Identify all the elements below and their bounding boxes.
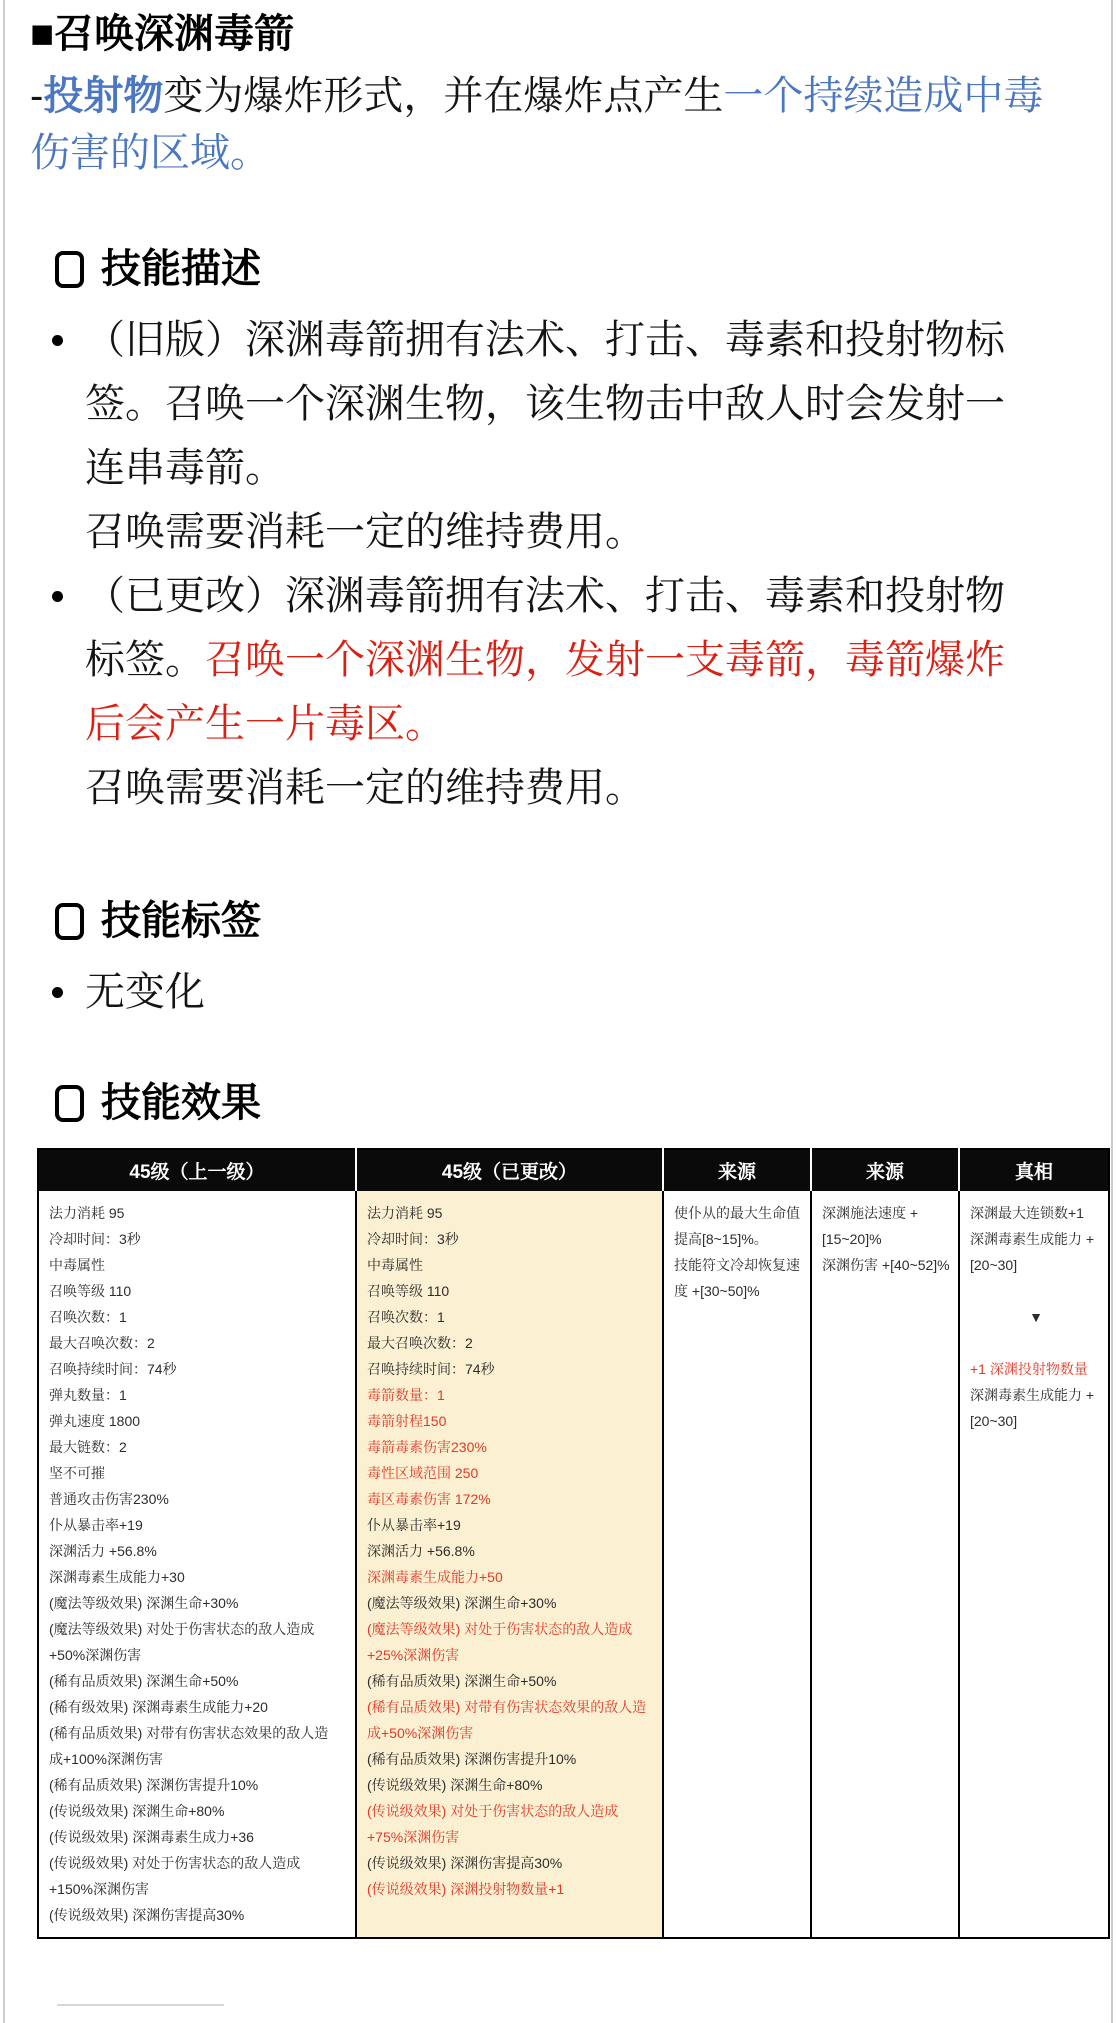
table-line: 深渊活力 +56.8% [49,1538,349,1564]
square-bullet-icon [55,1085,84,1122]
square-bullet-icon [55,903,84,940]
cell-source-1: 使仆从的最大生命值提高[8~15]%。技能符文冷却恢复速度 +[30~50]% [663,1191,811,1938]
table-line: (稀有品质效果) 深渊伤害提升10% [367,1746,656,1772]
bullet-changed-version-text: （已更改）深渊毒箭拥有法术、打击、毒素和投射物标签。召唤一个深渊生物，发射一支毒… [85,564,1017,756]
table-line: (传说级效果) 深渊毒素生成力+36 [49,1824,349,1850]
header-truth: 真相 [959,1149,1109,1191]
bullet-dot-icon [52,335,63,346]
table-line: (稀有品质效果) 对带有伤害状态效果的敌人造 [367,1694,656,1720]
table-line: 冷却时间：3秒 [367,1226,656,1252]
table-line: 召唤持续时间：74秒 [367,1356,656,1382]
table-line: 法力消耗 95 [367,1200,656,1226]
skill-tags-heading: 技能标签 [55,896,1116,946]
table-line: 中毒属性 [367,1252,656,1278]
table-line: 弹丸速度 1800 [49,1408,349,1434]
table-line: (魔法等级效果) 深渊生命+30% [49,1590,349,1616]
table-line: 召唤次数：1 [49,1304,349,1330]
table-line: (传说级效果) 深渊伤害提高30% [367,1850,656,1876]
skill-description-heading-label: 技能描述 [101,244,261,294]
text-segment: 投射物 [43,74,163,118]
effects-table: 45级（上一级） 45级（已更改） 来源 来源 真相 法力消耗 95冷却时间：3… [37,1148,1110,1939]
table-line: +50%深渊伤害 [49,1642,349,1668]
table-line: 深渊活力 +56.8% [367,1538,656,1564]
bottom-divider [57,2004,224,2006]
table-line: +150%深渊伤害 [49,1876,349,1902]
intro-summary: -投射物变为爆炸形式，并在爆炸点产生一个持续造成中毒伤害的区域。 [30,68,1074,182]
table-line: 召唤等级 110 [49,1278,349,1304]
table-line: +1 深渊投射物数量 [970,1356,1102,1382]
table-line: 最大召唤次数：2 [49,1330,349,1356]
table-line: 最大召唤次数：2 [367,1330,656,1356]
table-line: 中毒属性 [49,1252,349,1278]
table-line: 冷却时间：3秒 [49,1226,349,1252]
bullet-dot-icon [52,591,63,602]
header-source-2: 来源 [811,1149,959,1191]
text-segment: 变为爆炸形式，并在爆炸点产生 [163,74,723,118]
table-line: 成+100%深渊伤害 [49,1746,349,1772]
square-bullet-icon [55,251,84,288]
section-skill-effects: 技能效果 45级（上一级） 45级（已更改） 来源 来源 真相 法力消耗 95冷… [0,1078,1116,1939]
cell-prev-level: 法力消耗 95冷却时间：3秒中毒属性召唤等级 110召唤次数：1最大召唤次数：2… [38,1191,356,1938]
table-line: +25%深渊伤害 [367,1642,656,1668]
header-source-1: 来源 [663,1149,811,1191]
bullet-old-version: （旧版）深渊毒箭拥有法术、打击、毒素和投射物标签。召唤一个深渊生物，该生物击中敌… [85,308,1086,564]
table-line [970,1278,1102,1304]
table-line: (稀有品质效果) 对带有伤害状态效果的敌人造 [49,1720,349,1746]
skill-description-list: （旧版）深渊毒箭拥有法术、打击、毒素和投射物标签。召唤一个深渊生物，该生物击中敌… [0,308,1116,820]
table-line: (传说级效果) 对处于伤害状态的敌人造成 [49,1850,349,1876]
table-line: [20~30] [970,1252,1102,1278]
table-line: 深渊施法速度 + [822,1200,952,1226]
table-line: [20~30] [970,1408,1102,1434]
table-line: (传说级效果) 深渊投射物数量+1 [367,1876,656,1902]
table-line: [15~20]% [822,1226,952,1252]
text-segment: （旧版）深渊毒箭拥有法术、打击、毒素和投射物标签。召唤一个深渊生物，该生物击中敌… [85,318,1005,490]
table-line: 普通攻击伤害230% [49,1486,349,1512]
table-line: (魔法等级效果) 深渊生命+30% [367,1590,656,1616]
bullet-no-change-text: 无变化 [85,960,1017,1024]
table-line: 毒区毒素伤害 172% [367,1486,656,1512]
table-line: (稀有品质效果) 深渊生命+50% [49,1668,349,1694]
table-line: 召唤次数：1 [367,1304,656,1330]
effects-table-body-row: 法力消耗 95冷却时间：3秒中毒属性召唤等级 110召唤次数：1最大召唤次数：2… [38,1191,1109,1938]
table-line: 召唤持续时间：74秒 [49,1356,349,1382]
table-line: +75%深渊伤害 [367,1824,656,1850]
table-line: 法力消耗 95 [49,1200,349,1226]
table-line [970,1330,1102,1356]
table-line: (传说级效果) 深渊生命+80% [49,1798,349,1824]
skill-effects-heading: 技能效果 [55,1078,1116,1128]
section-skill-tags: 技能标签 无变化 [0,896,1116,1024]
table-line: 深渊毒素生成能力 + [970,1226,1102,1252]
bullet-dot-icon [52,987,63,998]
table-line: 毒性区域范围 250 [367,1460,656,1486]
effects-table-header-row: 45级（上一级） 45级（已更改） 来源 来源 真相 [38,1149,1109,1191]
article-page: ■召唤深渊毒箭 -投射物变为爆炸形式，并在爆炸点产生一个持续造成中毒伤害的区域。… [0,0,1116,2023]
table-line: (魔法等级效果) 对处于伤害状态的敌人造成 [49,1616,349,1642]
cell-truth: 深渊最大连锁数+1深渊毒素生成能力 +[20~30] ▼ +1 深渊投射物数量深… [959,1191,1109,1938]
cell-changed: 法力消耗 95冷却时间：3秒中毒属性召唤等级 110召唤次数：1最大召唤次数：2… [356,1191,663,1938]
table-line: 毒箭射程150 [367,1408,656,1434]
table-line: 深渊毒素生成能力+50 [367,1564,656,1590]
table-line: (魔法等级效果) 对处于伤害状态的敌人造成 [367,1616,656,1642]
header-changed: 45级（已更改） [356,1149,663,1191]
table-line: (稀有品质效果) 深渊伤害提升10% [49,1772,349,1798]
cell-source-2: 深渊施法速度 +[15~20]%深渊伤害 +[40~52]% [811,1191,959,1938]
table-line: 毒箭数量：1 [367,1382,656,1408]
table-line: 仆从暴击率+19 [49,1512,349,1538]
table-line: 最大链数：2 [49,1434,349,1460]
table-line: 使仆从的最大生命值 [674,1200,804,1226]
bullet-changed-version: （已更改）深渊毒箭拥有法术、打击、毒素和投射物标签。召唤一个深渊生物，发射一支毒… [85,564,1086,820]
table-line: 弹丸数量：1 [49,1382,349,1408]
table-line: (传说级效果) 深渊生命+80% [367,1772,656,1798]
table-line: 深渊毒素生成能力+30 [49,1564,349,1590]
bullet-no-change: 无变化 [85,960,1086,1024]
text-segment: - [30,74,43,118]
bullet-old-version-note: 召唤需要消耗一定的维持费用。 [85,500,1017,564]
text-segment: 召唤一个深渊生物，发射一支毒箭，毒箭爆炸后会产生一片毒区。 [85,638,1005,746]
table-line: 深渊最大连锁数+1 [970,1200,1102,1226]
skill-tags-list: 无变化 [0,960,1116,1024]
table-line: (传说级效果) 对处于伤害状态的敌人造成 [367,1798,656,1824]
table-line: 毒箭毒素伤害230% [367,1434,656,1460]
bullet-changed-version-note: 召唤需要消耗一定的维持费用。 [85,756,1017,820]
table-line: 技能符文冷却恢复速 [674,1252,804,1278]
table-line: 成+50%深渊伤害 [367,1720,656,1746]
page-title: ■召唤深渊毒箭 [0,0,1116,58]
table-line: ▼ [970,1304,1102,1330]
table-line: (传说级效果) 深渊伤害提高30% [49,1902,349,1928]
skill-effects-heading-label: 技能效果 [101,1078,261,1128]
table-line: 深渊伤害 +[40~52]% [822,1252,952,1278]
table-line: (稀有级效果) 深渊毒素生成能力+20 [49,1694,349,1720]
skill-tags-heading-label: 技能标签 [101,896,261,946]
table-line: 度 +[30~50]% [674,1278,804,1304]
header-prev-level: 45级（上一级） [38,1149,356,1191]
table-line: 坚不可摧 [49,1460,349,1486]
page-left-edge [3,0,5,2023]
page-right-edge [1111,0,1113,2023]
skill-description-heading: 技能描述 [55,244,1116,294]
bullet-old-version-text: （旧版）深渊毒箭拥有法术、打击、毒素和投射物标签。召唤一个深渊生物，该生物击中敌… [85,308,1017,500]
table-line: 提高[8~15]%。 [674,1226,804,1252]
table-line: 召唤等级 110 [367,1278,656,1304]
section-skill-description: 技能描述 （旧版）深渊毒箭拥有法术、打击、毒素和投射物标签。召唤一个深渊生物，该… [0,244,1116,820]
table-line: (稀有品质效果) 深渊生命+50% [367,1668,656,1694]
table-line: 仆从暴击率+19 [367,1512,656,1538]
table-line: 深渊毒素生成能力 + [970,1382,1102,1408]
